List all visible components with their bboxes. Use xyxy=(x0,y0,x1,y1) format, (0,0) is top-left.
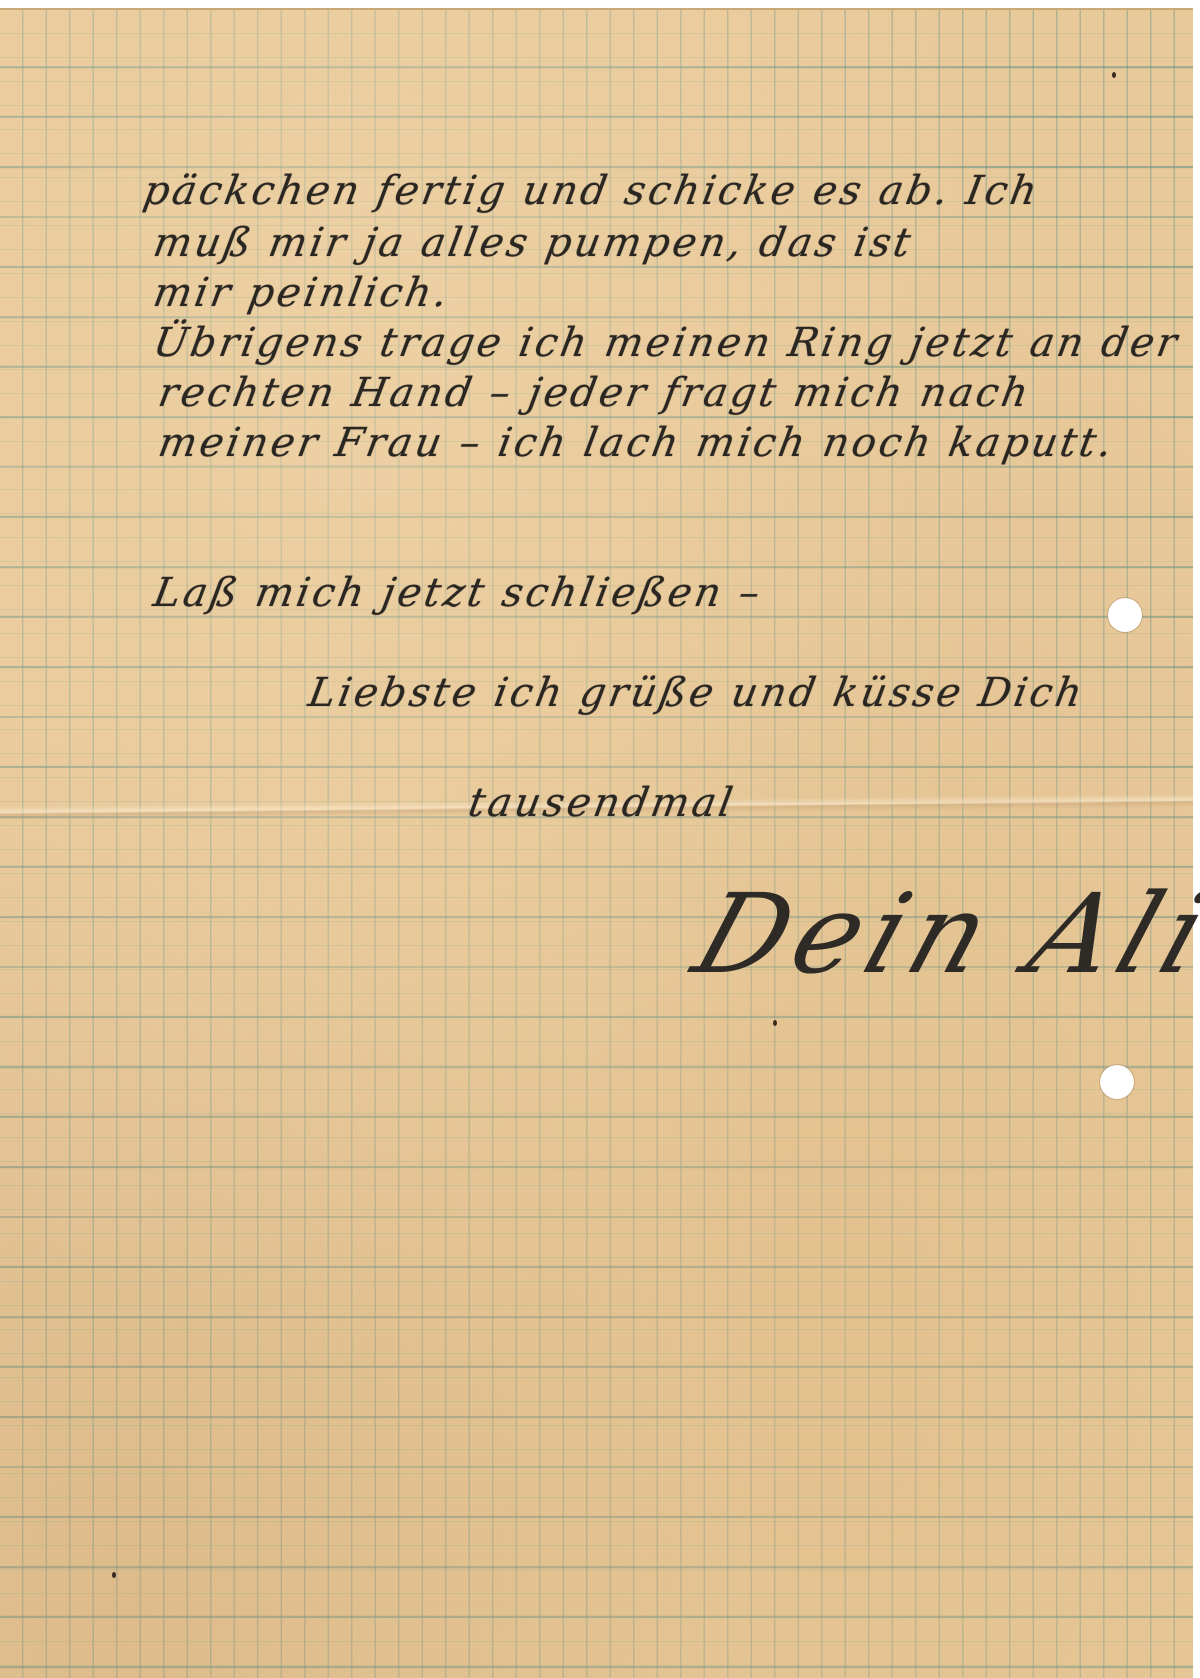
letter-line: päckchen fertig und schicke es ab. Ich xyxy=(140,168,1043,214)
signature: Dein Ali. xyxy=(680,870,1200,998)
letter-closing-line: Laß mich jetzt schließen – xyxy=(150,570,766,616)
letter-line: rechten Hand – jeder fragt mich nach xyxy=(155,370,1035,416)
letter-line: mir peinlich. xyxy=(150,270,454,316)
letter-body: päckchen fertig und schicke es ab. Ich m… xyxy=(0,10,1193,1676)
letter-page: päckchen fertig und schicke es ab. Ich m… xyxy=(0,8,1193,1676)
letter-line: meiner Frau – ich lach mich noch kaputt. xyxy=(155,420,1119,466)
letter-line: muß mir ja alles pumpen, das ist xyxy=(150,220,917,266)
letter-greeting-line: Liebste ich grüße und küsse Dich xyxy=(305,670,1088,716)
letter-greeting-line: tausendmal xyxy=(465,780,739,826)
letter-line: Übrigens trage ich meinen Ring jetzt an … xyxy=(150,320,1183,366)
